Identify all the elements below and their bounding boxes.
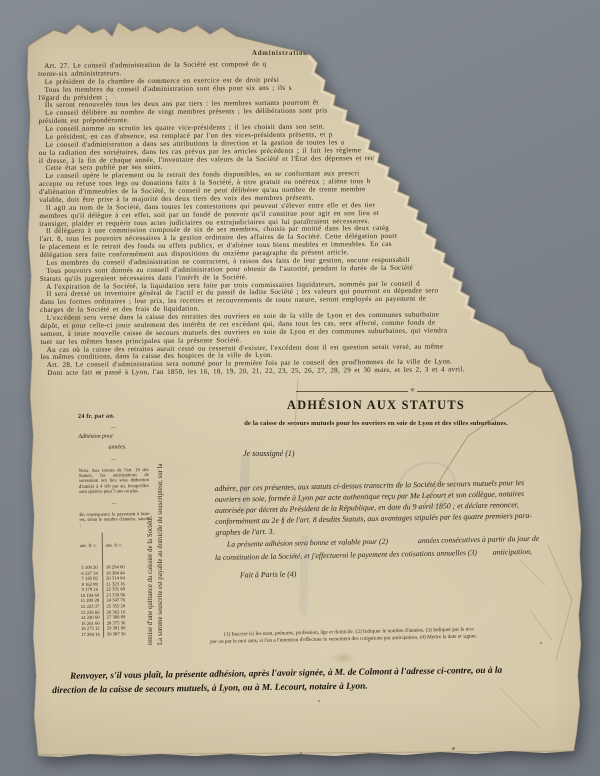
table-row: 12 223 37: [81, 605, 100, 611]
vertical-note-line-2: remise d'une quittance du caissier de la…: [146, 425, 156, 645]
divider-line-left: [296, 391, 408, 392]
validity-line-2: la constitution de la Société, et j'effe…: [215, 547, 532, 562]
stain-spot: [330, 652, 356, 664]
stain-spot: [60, 300, 90, 340]
nota-text: Nota. Aux termes de l'art. 16 des Statut…: [79, 468, 149, 495]
adhesion-title: ADHÉSION AUX STATUTS: [258, 398, 494, 413]
payment-table-right: ans. fr. c. 18 294 6019 304 4420 314 042…: [101, 532, 125, 638]
stain-speck: [98, 372, 100, 374]
footnotes: (1) Inscrire ici les nom, prénoms, profe…: [210, 624, 580, 646]
separator-dash: —: [79, 457, 149, 463]
payment-table: ans. fr. c. 5 109 20 6 127 34 7 145 82 8…: [80, 532, 151, 638]
separator-dash: —: [79, 501, 149, 507]
table-row: 14 249 60: [81, 616, 100, 622]
divider-line-right: [417, 391, 558, 392]
annees-label: années.: [108, 445, 148, 451]
adhesion-pour-label: Adhésion pour: [78, 434, 148, 440]
table-row: 25 355 20: [106, 604, 125, 610]
stamp-remnant: [299, 535, 308, 615]
adhesion-subtitle: de la caisse de secours mutuels pour les…: [233, 420, 519, 427]
vertical-note-line-1: La somme souscrite est payable au domici…: [156, 425, 166, 645]
left-margin-column: 24 fr. par an. — Adhésion pour années. —…: [78, 413, 151, 638]
administration-header-fragment: Administration: [252, 50, 308, 57]
stain-speck: [368, 640, 370, 642]
section-divider: ✳: [296, 388, 558, 394]
statutes-text-block: Art. 27. Le conseil d'administration de …: [38, 59, 465, 378]
table-row: 17 284 16: [81, 632, 100, 638]
validity-2-left: la constitution de la Société, et j'effe…: [215, 548, 477, 562]
consequence-text: En conséquence le payement à faire est, …: [79, 512, 149, 529]
stain-speck: [540, 642, 542, 644]
table-row: 30 387 36: [107, 632, 126, 638]
separator-dash: —: [78, 425, 148, 431]
indent: [215, 540, 227, 549]
payment-table-left: ans. fr. c. 5 109 20 6 127 34 7 145 82 8…: [80, 533, 100, 639]
validity-2-right: anticipation,: [493, 547, 532, 557]
stain-speck: [452, 747, 455, 750]
blank-fill-space: [477, 548, 493, 557]
dateline: Fait à Paris le (4): [240, 570, 296, 580]
blank-fill-space: [388, 536, 418, 546]
photo-background: Administration Art. 27. Le conseil d'adm…: [0, 0, 600, 776]
adhesion-opening: Je soussigné (1): [243, 449, 295, 458]
validity-1-right: années consécutives à partir du jour de: [418, 534, 539, 545]
stain-speck: [318, 700, 320, 702]
document-paper-shadow: Administration Art. 27. Le conseil d'adm…: [0, 0, 600, 776]
table-header-left: ans. fr. c.: [80, 544, 99, 550]
table-row: 27 368 89: [107, 615, 126, 621]
footer-instruction: Renvoyer, s'il vous plaît, la présente a…: [52, 664, 552, 698]
stain-speck: [300, 752, 302, 754]
statute-line: Dont acte fait et passé à Lyon, l'an 185…: [41, 366, 465, 378]
vertical-note: La somme souscrite est payable au domici…: [146, 425, 166, 645]
document-paper: Administration Art. 27. Le conseil d'adm…: [0, 0, 600, 776]
annual-price: 24 fr. par an.: [78, 413, 148, 419]
table-header-right: ans. fr. c.: [106, 543, 125, 549]
asterisk-ornament-icon: ✳: [408, 388, 417, 394]
